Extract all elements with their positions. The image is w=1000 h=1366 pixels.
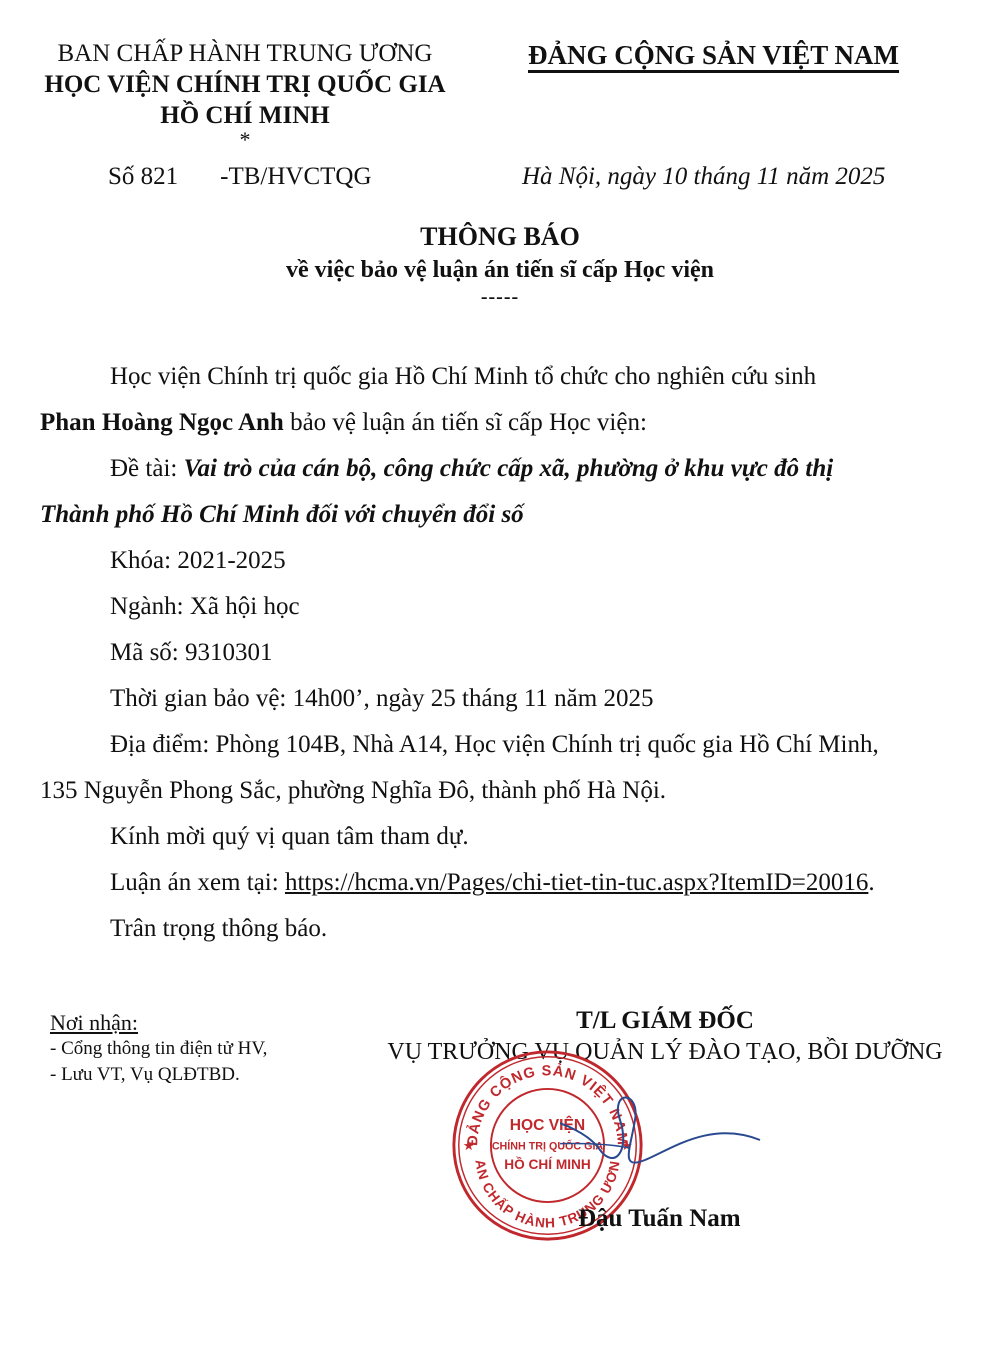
signer-role: T/L GIÁM ĐỐC [370,1005,960,1037]
thesis-link[interactable]: https://hcma.vn/Pages/chi-tiet-tin-tuc.a… [285,869,868,896]
invitation-line: Kính mời quý vị quan tâm tham dự. [40,822,1000,852]
intro-line-1: Học viện Chính trị quốc gia Hồ Chí Minh … [40,362,1000,392]
signer-name: Đậu Tuấn Nam [578,1205,741,1233]
defense-time-line: Thời gian bảo vệ: 14h00’, ngày 25 tháng … [40,684,1000,714]
thesis-link-end: . [868,869,874,896]
intro-line-2: Phan Hoàng Ngọc Anh bảo vệ luận án tiến … [40,408,940,438]
major-line: Ngành: Xã hội học [40,592,1000,622]
intro-line-2-rest: bảo vệ luận án tiến sĩ cấp Học viện: [284,409,647,436]
thesis-line: Luận án xem tại: https://hcma.vn/Pages/c… [40,868,1000,898]
authority-line-2: HỌC VIỆN CHÍNH TRỊ QUỐC GIA [20,69,470,100]
topic-line-1: Đề tài: Vai trò của cán bộ, công chức cấ… [40,454,1000,484]
code-line: Mã số: 9310301 [40,638,1000,668]
doc-number-prefix: Số 821 [108,163,178,190]
document-subtitle: về việc bảo vệ luận án tiến sĩ cấp Học v… [0,254,1000,286]
svg-text:★: ★ [464,1139,475,1152]
location-line-1: Địa điểm: Phòng 104B, Nhà A14, Học viện … [40,730,1000,760]
title-separator: ----- [0,286,1000,308]
topic-label: Đề tài: [110,455,184,482]
date-line: Hà Nội, ngày 10 tháng 11 năm 2025 [522,163,885,191]
recipient-item: - Cổng thông tin điện tử HV, [50,1036,267,1062]
document-number: Số 821-TB/HVCTQG [108,163,372,191]
course-line: Khóa: 2021-2025 [40,546,1000,576]
authority-line-1: BAN CHẤP HÀNH TRUNG ƯƠNG [20,38,470,69]
recipients-block: Nơi nhận: - Cổng thông tin điện tử HV, -… [50,1010,267,1088]
recipient-item: - Lưu VT, Vụ QLĐTBD. [50,1062,267,1088]
handwritten-signature-icon [560,1090,800,1180]
recipients-heading: Nơi nhận: [50,1010,267,1036]
topic-line-2: Thành phố Hồ Chí Minh đối với chuyển đổi… [40,500,940,530]
topic-text-1: Vai trò của cán bộ, công chức cấp xã, ph… [184,455,834,482]
document-title: THÔNG BÁO [0,220,1000,254]
star-separator: * [20,131,470,149]
doc-number-suffix: -TB/HVCTQG [220,163,371,190]
party-title: ĐẢNG CỘNG SẢN VIỆT NAM [528,40,899,71]
closing-line: Trân trọng thông báo. [40,914,1000,944]
candidate-name: Phan Hoàng Ngọc Anh [40,409,284,436]
thesis-label: Luận án xem tại: [110,869,285,896]
document-title-block: THÔNG BÁO về việc bảo vệ luận án tiến sĩ… [0,220,1000,308]
location-line-2: 135 Nguyễn Phong Sắc, phường Nghĩa Đô, t… [40,776,940,806]
issuing-authority: BAN CHẤP HÀNH TRUNG ƯƠNG HỌC VIỆN CHÍNH … [20,38,470,149]
